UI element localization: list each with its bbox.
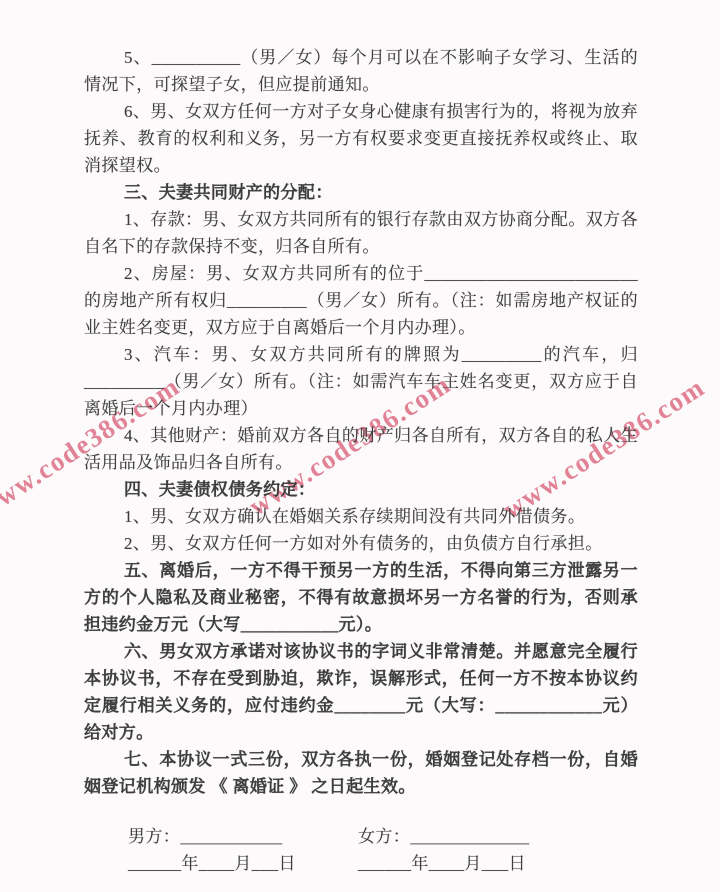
husband-signature-line: 男方：＿＿＿＿＿＿ (128, 823, 358, 850)
clause-car-3: 3、汽车：男、女双方共同所有的牌照为_________的汽车，归________… (84, 341, 638, 422)
clause-custody-6: 6、男、女双方任何一方对子女身心健康有损害行为的，将视为放弃抚养、教育的权利和义… (84, 98, 638, 179)
husband-date-line: ______年____月___日 (128, 850, 358, 877)
husband-label: 男方： (128, 827, 180, 846)
clause-deposits-1: 1、存款：男、女双方共同所有的银行存款由双方协商分配。双方各自名下的存款保持不变… (84, 206, 638, 260)
clause-copies-7: 七、本协议一式三份，双方各执一份，婚姻登记处存档一份，自婚姻登记机构颁发 《 离… (84, 746, 638, 800)
clause-visitation-5: 5、__________（男／女）每个月可以在不影响子女学习、生活的情况下，可探… (84, 44, 638, 98)
clause-other-property-4: 4、其他财产：婚前双方各自的财产归各自所有，双方各自的私人生活用品及饰品归各自所… (84, 422, 638, 476)
husband-signature-blank: ＿＿＿＿＿＿ (180, 827, 282, 846)
wife-signature-blank: ＿＿＿＿＿＿＿ (410, 827, 529, 846)
section-heading-debts: 四、夫妻债权债务约定： (84, 476, 638, 503)
wife-signature-area: 女方：＿＿＿＿＿＿＿ ______年____月___日 (358, 823, 588, 877)
clause-house-2: 2、房屋：男、女双方共同所有的位于_______________________… (84, 260, 638, 341)
agreement-body: 5、__________（男／女）每个月可以在不影响子女学习、生活的情况下，可探… (84, 44, 638, 877)
section-heading-property: 三、夫妻共同财产的分配： (84, 179, 638, 206)
wife-signature-line: 女方：＿＿＿＿＿＿＿ (358, 823, 588, 850)
clause-privacy-5: 五、离婚后，一方不得干预另一方的生活，不得向第三方泄露另一方的个人隐私及商业秘密… (84, 557, 638, 638)
clause-own-debt-2: 2、男、女双方任何一方如对外有债务的，由负债方自行承担。 (84, 530, 638, 557)
document-page: www.code386.com www.code386.com www.code… (0, 0, 720, 892)
wife-label: 女方： (358, 827, 410, 846)
signature-block: 男方：＿＿＿＿＿＿ ______年____月___日 女方：＿＿＿＿＿＿＿ __… (84, 823, 638, 877)
wife-date-line: ______年____月___日 (358, 850, 588, 877)
clause-no-joint-debt-1: 1、男、女双方确认在婚姻关系存续期间没有共同外借债务。 (84, 503, 638, 530)
husband-signature-area: 男方：＿＿＿＿＿＿ ______年____月___日 (128, 823, 358, 877)
clause-breach-6: 六、男女双方承诺对该协议书的字词义非常清楚。并愿意完全履行本协议书，不存在受到胁… (84, 638, 638, 746)
